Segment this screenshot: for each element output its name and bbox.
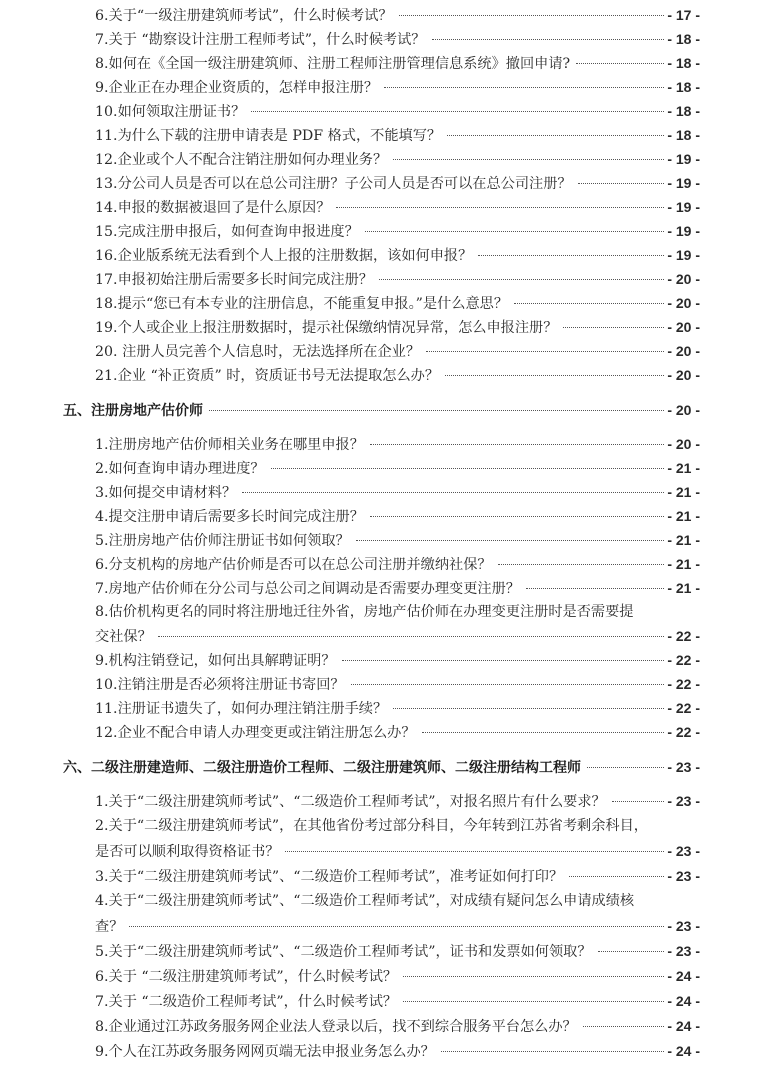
- toc-page: 6.关于“一级注册建筑师考试”，什么时候考试？- 17 - 7.关于 “勘察设计…: [0, 0, 762, 1080]
- dot-leader: [403, 976, 664, 977]
- toc-entry-label: 11.为什么下载的注册申请表是 PDF 格式，不能填写？: [95, 124, 441, 148]
- toc-entry-label-continuation: 是否可以顺利取得资格证书？: [95, 840, 279, 865]
- toc-entry-label: 14.申报的数据被退回了是什么原因？: [95, 196, 330, 220]
- dot-leader: [399, 15, 665, 16]
- toc-entry-label: 6.分支机构的房地产估价师是否可以在总公司注册并缴纳社保？: [95, 553, 492, 577]
- dot-leader: [447, 135, 664, 136]
- dot-leader: [209, 410, 664, 411]
- toc-page-number: - 20 -: [667, 291, 700, 315]
- toc-entry-label: 9.个人在江苏政务服务网网页端无法申报业务怎么办？: [95, 1040, 435, 1065]
- toc-entry-label: 8.估价机构更名的同时将注册地迁往外省，房地产估价师在办理变更注册时是否需要提: [95, 600, 633, 624]
- toc-entry-label: 6.关于 “二级注册建筑师考试”，什么时候考试？: [95, 965, 397, 990]
- toc-page-number: - 18 -: [667, 123, 700, 147]
- toc-page-number: - 18 -: [667, 27, 700, 51]
- toc-entry-label: 8.企业通过江苏政务服务网企业法人登录以后，找不到综合服务平台怎么办？: [95, 1015, 577, 1040]
- section-title: 五、注册房地产估价师: [63, 399, 203, 423]
- toc-page-number: - 21 -: [667, 576, 700, 600]
- toc-entry-label: 8.如何在《全国一级注册建筑师、注册工程师注册管理信息系统》撤回申请?: [95, 52, 570, 76]
- toc-entry-label: 10.如何领取注册证书？: [95, 100, 245, 124]
- toc-entry[interactable]: 2.如何查询申请办理进度？- 21 -: [0, 456, 762, 480]
- dot-leader: [403, 1001, 664, 1002]
- dot-leader: [526, 588, 664, 589]
- toc-page-number: - 21 -: [667, 552, 700, 576]
- toc-entry[interactable]: 19.个人或企业上报注册数据时，提示社保缴纳情况异常，怎么申报注册？- 20 -: [0, 315, 762, 339]
- dot-leader: [158, 636, 665, 637]
- toc-entry[interactable]: 15.完成注册申报后，如何查询申报进度？- 19 -: [0, 219, 762, 243]
- toc-page-number: - 22 -: [667, 648, 700, 672]
- dot-leader: [271, 468, 665, 469]
- toc-page-number: - 20 -: [667, 432, 700, 456]
- dot-leader: [569, 876, 664, 877]
- toc-entry[interactable]: 7.关于 “勘察设计注册工程师考试”，什么时候考试？- 18 -: [0, 27, 762, 51]
- toc-entry-label: 6.关于“一级注册建筑师考试”，什么时候考试？: [95, 4, 393, 28]
- toc-entry[interactable]: 10.如何领取注册证书？- 18 -: [0, 99, 762, 123]
- toc-entry[interactable]: 6.关于 “二级注册建筑师考试”，什么时候考试？- 24 -: [0, 964, 762, 989]
- dot-leader: [432, 39, 665, 40]
- toc-page-number: - 21 -: [667, 480, 700, 504]
- toc-entry-label: 3.关于“二级注册建筑师考试”、“二级造价工程师考试”，准考证如何打印？: [95, 865, 563, 890]
- toc-page-number: - 17 -: [667, 3, 700, 27]
- toc-entry-label: 16.企业版系统无法看到个人上报的注册数据，该如何申报？: [95, 244, 472, 268]
- toc-entry-label: 7.关于 “二级造价工程师考试”，什么时候考试？: [95, 990, 397, 1015]
- toc-entry-label: 19.个人或企业上报注册数据时，提示社保缴纳情况异常，怎么申报注册？: [95, 316, 557, 340]
- toc-entry-wrapped-continuation[interactable]: 查？- 23 -: [0, 914, 762, 939]
- dot-leader: [478, 255, 664, 256]
- dot-leader: [441, 1051, 664, 1052]
- toc-page-number: - 22 -: [667, 624, 700, 648]
- toc-entry[interactable]: 7.房地产估价师在分公司与总公司之间调动是否需要办理变更注册？- 21 -: [0, 576, 762, 600]
- toc-page-number: - 18 -: [667, 51, 700, 75]
- toc-page-number: - 23 -: [667, 939, 700, 964]
- toc-entry-label: 1.关于“二级注册建筑师考试”、“二级造价工程师考试”，对报名照片有什么要求？: [95, 790, 606, 815]
- dot-leader: [336, 207, 664, 208]
- dot-leader: [612, 801, 665, 802]
- toc-page-number: - 18 -: [667, 99, 700, 123]
- toc-page-number: - 20 -: [667, 267, 700, 291]
- toc-entry-label: 18.提示“您已有本专业的注册信息，不能重复申报。”是什么意思？: [95, 292, 508, 316]
- toc-entry-label: 3.如何提交申请材料？: [95, 481, 236, 505]
- dot-leader: [587, 767, 664, 768]
- toc-entry[interactable]: 8.企业通过江苏政务服务网企业法人登录以后，找不到综合服务平台怎么办？- 24 …: [0, 1014, 762, 1039]
- dot-leader: [129, 926, 664, 927]
- toc-entry[interactable]: 9.企业正在办理企业资质的，怎样申报注册？- 18 -: [0, 75, 762, 99]
- toc-entry-wrapped-first-line[interactable]: 8.估价机构更名的同时将注册地迁往外省，房地产估价师在办理变更注册时是否需要提: [0, 600, 762, 624]
- toc-entry[interactable]: 1.注册房地产估价师相关业务在哪里申报？- 20 -: [0, 432, 762, 456]
- toc-entry-wrapped-continuation[interactable]: 交社保？- 22 -: [0, 624, 762, 648]
- toc-entry[interactable]: 10.注销注册是否必须将注册证书寄回？- 22 -: [0, 672, 762, 696]
- dot-leader: [598, 951, 665, 952]
- toc-entry-label: 2.如何查询申请办理进度？: [95, 457, 265, 481]
- dot-leader: [356, 540, 665, 541]
- toc-entry-label: 12.企业不配合申请人办理变更或注销注册怎么办？: [95, 721, 416, 745]
- toc-page-number: - 20 -: [667, 315, 700, 339]
- toc-page-number: - 24 -: [667, 1014, 700, 1039]
- toc-page-number: - 19 -: [667, 171, 700, 195]
- toc-entry-label: 12.企业或个人不配合注销注册如何办理业务？: [95, 148, 387, 172]
- toc-entry-label: 5.注册房地产估价师注册证书如何领取？: [95, 529, 350, 553]
- toc-entry[interactable]: 3.如何提交申请材料？- 21 -: [0, 480, 762, 504]
- toc-entry[interactable]: 12.企业或个人不配合注销注册如何办理业务？- 19 -: [0, 147, 762, 171]
- toc-entry[interactable]: 18.提示“您已有本专业的注册信息，不能重复申报。”是什么意思？- 20 -: [0, 291, 762, 315]
- dot-leader: [583, 1026, 665, 1027]
- dot-leader: [578, 183, 665, 184]
- toc-entry[interactable]: 8.如何在《全国一级注册建筑师、注册工程师注册管理信息系统》撤回申请?- 18 …: [0, 51, 762, 75]
- toc-entry-label: 2.关于“二级注册建筑师考试”，在其他省份考过部分科目，今年转到江苏省考剩余科目…: [95, 814, 648, 839]
- toc-page-number: - 24 -: [667, 964, 700, 989]
- toc-entry[interactable]: 20. 注册人员完善个人信息时，无法选择所在企业？- 20 -: [0, 339, 762, 363]
- toc-section-heading[interactable]: 五、注册房地产估价师- 20 -: [0, 398, 762, 422]
- dot-leader: [576, 63, 664, 64]
- dot-leader: [365, 231, 665, 232]
- dot-leader: [445, 375, 664, 376]
- toc-entry-wrapped-first-line[interactable]: 2.关于“二级注册建筑师考试”，在其他省份考过部分科目，今年转到江苏省考剩余科目…: [0, 814, 762, 839]
- toc-entry[interactable]: 3.关于“二级注册建筑师考试”、“二级造价工程师考试”，准考证如何打印？- 23…: [0, 864, 762, 889]
- toc-page-number: - 23 -: [667, 914, 700, 939]
- toc-entry-wrapped-continuation[interactable]: 是否可以顺利取得资格证书？- 23 -: [0, 839, 762, 864]
- dot-leader: [393, 708, 664, 709]
- toc-entry-label: 7.关于 “勘察设计注册工程师考试”，什么时候考试？: [95, 28, 426, 52]
- toc-entry-label: 4.关于“二级注册建筑师考试”、“二级造价工程师考试”，对成绩有疑问怎么申请成绩…: [95, 889, 634, 914]
- toc-entry-label-continuation: 查？: [95, 915, 123, 940]
- toc-page-number: - 24 -: [667, 989, 700, 1014]
- toc-section-heading[interactable]: 六、二级注册建造师、二级注册造价工程师、二级注册建筑师、二级注册结构工程师- 2…: [0, 755, 762, 779]
- toc-entry-label: 11.注册证书遗失了，如何办理注销注册手续？: [95, 697, 387, 721]
- toc-entry[interactable]: 9.个人在江苏政务服务网网页端无法申报业务怎么办？- 24 -: [0, 1039, 762, 1064]
- toc-entry-label: 15.完成注册申报后，如何查询申报进度？: [95, 220, 359, 244]
- dot-leader: [563, 327, 664, 328]
- toc-entry-label: 9.机构注销登记，如何出具解聘证明？: [95, 649, 336, 673]
- dot-leader: [370, 516, 664, 517]
- dot-leader: [514, 303, 664, 304]
- toc-page-number: - 21 -: [667, 504, 700, 528]
- dot-leader: [384, 87, 664, 88]
- dot-leader: [242, 492, 664, 493]
- toc-page-number: - 21 -: [667, 528, 700, 552]
- toc-entry[interactable]: 9.机构注销登记，如何出具解聘证明？- 22 -: [0, 648, 762, 672]
- dot-leader: [426, 351, 664, 352]
- toc-entry[interactable]: 1.关于“二级注册建筑师考试”、“二级造价工程师考试”，对报名照片有什么要求？-…: [0, 789, 762, 814]
- toc-page-number: - 19 -: [667, 147, 700, 171]
- toc-entry-label: 17.申报初始注册后需要多长时间完成注册？: [95, 268, 373, 292]
- toc-entry[interactable]: 12.企业不配合申请人办理变更或注销注册怎么办？- 22 -: [0, 720, 762, 744]
- dot-leader: [251, 111, 664, 112]
- toc-entry-label: 1.注册房地产估价师相关业务在哪里申报？: [95, 433, 364, 457]
- toc-entry-label: 10.注销注册是否必须将注册证书寄回？: [95, 673, 345, 697]
- toc-entry-label: 20. 注册人员完善个人信息时，无法选择所在企业？: [95, 340, 420, 364]
- toc-entry-wrapped-first-line[interactable]: 4.关于“二级注册建筑师考试”、“二级造价工程师考试”，对成绩有疑问怎么申请成绩…: [0, 889, 762, 914]
- toc-page-number: - 20 -: [667, 398, 700, 422]
- toc-entry[interactable]: 17.申报初始注册后需要多长时间完成注册？- 20 -: [0, 267, 762, 291]
- toc-page-number: - 19 -: [667, 195, 700, 219]
- toc-page-number: - 22 -: [667, 720, 700, 744]
- section-title: 六、二级注册建造师、二级注册造价工程师、二级注册建筑师、二级注册结构工程师: [63, 756, 581, 780]
- toc-page-number: - 19 -: [667, 243, 700, 267]
- toc-page-number: - 19 -: [667, 219, 700, 243]
- toc-page-number: - 18 -: [667, 75, 700, 99]
- toc-page-number: - 24 -: [667, 1039, 700, 1064]
- toc-entry[interactable]: 11.注册证书遗失了，如何办理注销注册手续？- 22 -: [0, 696, 762, 720]
- toc-page-number: - 20 -: [667, 339, 700, 363]
- dot-leader: [393, 159, 664, 160]
- toc-entry[interactable]: 14.申报的数据被退回了是什么原因？- 19 -: [0, 195, 762, 219]
- dot-leader: [342, 660, 665, 661]
- dot-leader: [285, 851, 664, 852]
- toc-entry[interactable]: 7.关于 “二级造价工程师考试”，什么时候考试？- 24 -: [0, 989, 762, 1014]
- toc-page-number: - 23 -: [667, 839, 700, 864]
- toc-entry-label: 7.房地产估价师在分公司与总公司之间调动是否需要办理变更注册？: [95, 577, 520, 601]
- toc-entry-label: 21.企业 “补正资质” 时，资质证书号无法提取怎么办？: [95, 364, 439, 388]
- toc-entry-label: 4.提交注册申请后需要多长时间完成注册？: [95, 505, 364, 529]
- toc-entry-label: 13.分公司人员是否可以在总公司注册？子公司人员是否可以在总公司注册？: [95, 172, 572, 196]
- dot-leader: [498, 564, 665, 565]
- toc-entry[interactable]: 16.企业版系统无法看到个人上报的注册数据，该如何申报？- 19 -: [0, 243, 762, 267]
- toc-page-number: - 22 -: [667, 696, 700, 720]
- toc-entry[interactable]: 4.提交注册申请后需要多长时间完成注册？- 21 -: [0, 504, 762, 528]
- toc-entry[interactable]: 6.关于“一级注册建筑师考试”，什么时候考试？- 17 -: [0, 3, 762, 27]
- toc-page-number: - 23 -: [667, 789, 700, 814]
- dot-leader: [351, 684, 665, 685]
- dot-leader: [370, 444, 664, 445]
- toc-entry-label: 9.企业正在办理企业资质的，怎样申报注册？: [95, 76, 378, 100]
- toc-entry[interactable]: 6.分支机构的房地产估价师是否可以在总公司注册并缴纳社保？- 21 -: [0, 552, 762, 576]
- toc-entry-label: 5.关于“二级注册建筑师考试”、“二级造价工程师考试”，证书和发票如何领取？: [95, 940, 592, 965]
- toc-entry[interactable]: 5.关于“二级注册建筑师考试”、“二级造价工程师考试”，证书和发票如何领取？- …: [0, 939, 762, 964]
- toc-entry-label-continuation: 交社保？: [95, 625, 152, 649]
- toc-page-number: - 23 -: [667, 755, 700, 779]
- toc-page-number: - 23 -: [667, 864, 700, 889]
- toc-entry[interactable]: 5.注册房地产估价师注册证书如何领取？- 21 -: [0, 528, 762, 552]
- toc-entry[interactable]: 13.分公司人员是否可以在总公司注册？子公司人员是否可以在总公司注册？- 19 …: [0, 171, 762, 195]
- dot-leader: [422, 732, 665, 733]
- toc-entry[interactable]: 21.企业 “补正资质” 时，资质证书号无法提取怎么办？- 20 -: [0, 363, 762, 387]
- toc-page-number: - 21 -: [667, 456, 700, 480]
- dot-leader: [379, 279, 664, 280]
- toc-page-number: - 20 -: [667, 363, 700, 387]
- toc-page-number: - 22 -: [667, 672, 700, 696]
- table-of-contents: 6.关于“一级注册建筑师考试”，什么时候考试？- 17 - 7.关于 “勘察设计…: [0, 3, 762, 1064]
- toc-entry[interactable]: 11.为什么下载的注册申请表是 PDF 格式，不能填写？- 18 -: [0, 123, 762, 147]
